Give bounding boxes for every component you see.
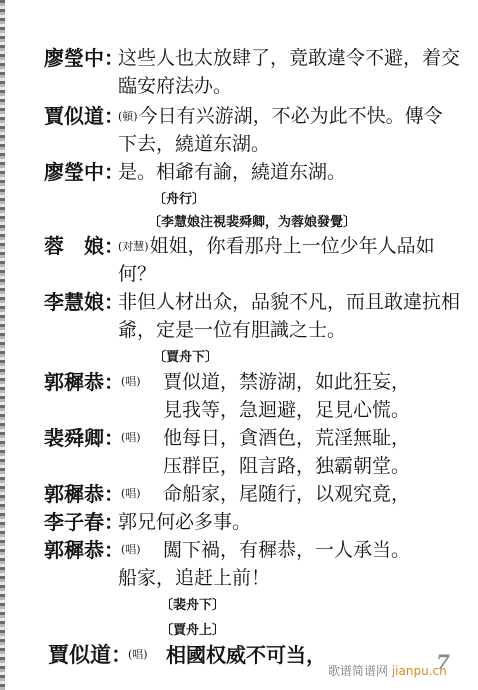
- watermark-site: 歌谱简谱网: [328, 664, 388, 678]
- speaker-name: 郭穉恭：: [44, 482, 124, 506]
- stage-direction-text: 〔賈舟上〕: [160, 619, 225, 643]
- song-text: 賈似道，禁游湖，如此狂妄，: [163, 370, 410, 394]
- speaker-name: 賈似道：: [48, 643, 132, 667]
- dialogue-text: 这些人也太放肆了，竟敢違令不避，着交: [118, 46, 460, 70]
- stage-cue: (頓): [118, 110, 138, 123]
- dialogue-text: (頓)今日有兴游湖，不必为此不快。傳令: [118, 104, 443, 129]
- stage-cue: (唱): [121, 426, 141, 450]
- speaker-name: 李子春：: [44, 510, 124, 534]
- song-text: 压群臣，阻言路，独霸朝堂。: [163, 454, 410, 478]
- song-text: 相國权威不可当，: [166, 643, 326, 667]
- dialogue-text: 非但人材出众，品貌不凡，而且敢違抗相: [118, 290, 460, 314]
- dialogue-text: 船家，追赶上前！: [118, 566, 270, 590]
- dialogue-text: 何？: [118, 262, 156, 286]
- stage-direction-text: 〔裴舟下〕: [160, 594, 225, 618]
- dialogue-text: 下去，繞道东湖。: [118, 132, 270, 156]
- speaker-name: 廖瑩中：: [44, 160, 124, 184]
- stage-direction-text: 〔賈舟下〕: [153, 346, 218, 370]
- dialogue-text: 爺，定是一位有胆識之士。: [118, 318, 346, 342]
- speaker-name: 郭穉恭：: [44, 538, 124, 562]
- stage-direction-text: 〔李慧娘注視裴舜卿，为蓉娘發覺〕: [148, 211, 356, 235]
- song-text: 見我等，急迴避，足見心慌。: [163, 398, 410, 422]
- stage-cue: (唱): [121, 482, 141, 506]
- speaker-name: 蓉 娘：: [44, 234, 124, 258]
- watermark-domain: jianpu.cn: [392, 664, 447, 678]
- song-text: 他每日，貪酒色，荒淫無耻，: [163, 426, 410, 450]
- dialogue-text: 臨安府法办。: [118, 74, 232, 98]
- song-text: 闖下禍，有穉恭，一人承当。: [163, 538, 410, 562]
- scan-edge: [0, 0, 5, 690]
- speaker-name: 賈似道：: [44, 104, 124, 128]
- stage-cue: (对慧): [118, 240, 149, 253]
- song-text: 命船家，尾随行，以观究竟，: [163, 482, 410, 506]
- dialogue-body: 今日有兴游湖，不必为此不快。傳令: [139, 105, 443, 127]
- watermark: 歌谱简谱网 jianpu.cn: [328, 662, 447, 679]
- speaker-name: 裴舜卿：: [44, 426, 124, 450]
- stage-cue: (唱): [128, 643, 148, 667]
- dialogue-text: 是。相爺有諭，繞道东湖。: [118, 160, 346, 184]
- stage-direction-text: 〔舟行〕: [153, 188, 205, 212]
- speaker-name: 李慧娘：: [44, 290, 124, 314]
- stage-cue: (唱): [121, 370, 141, 394]
- dialogue-text: (对慧)姐姐，你看那舟上一位少年人品如: [118, 234, 435, 259]
- speaker-name: 郭穉恭：: [44, 370, 124, 394]
- dialogue-body: 姐姐，你看那舟上一位少年人品如: [150, 235, 435, 257]
- dialogue-text: 郭兄何必多事。: [118, 510, 251, 534]
- speaker-name: 廖瑩中：: [44, 46, 124, 70]
- stage-cue: (唱): [121, 538, 141, 562]
